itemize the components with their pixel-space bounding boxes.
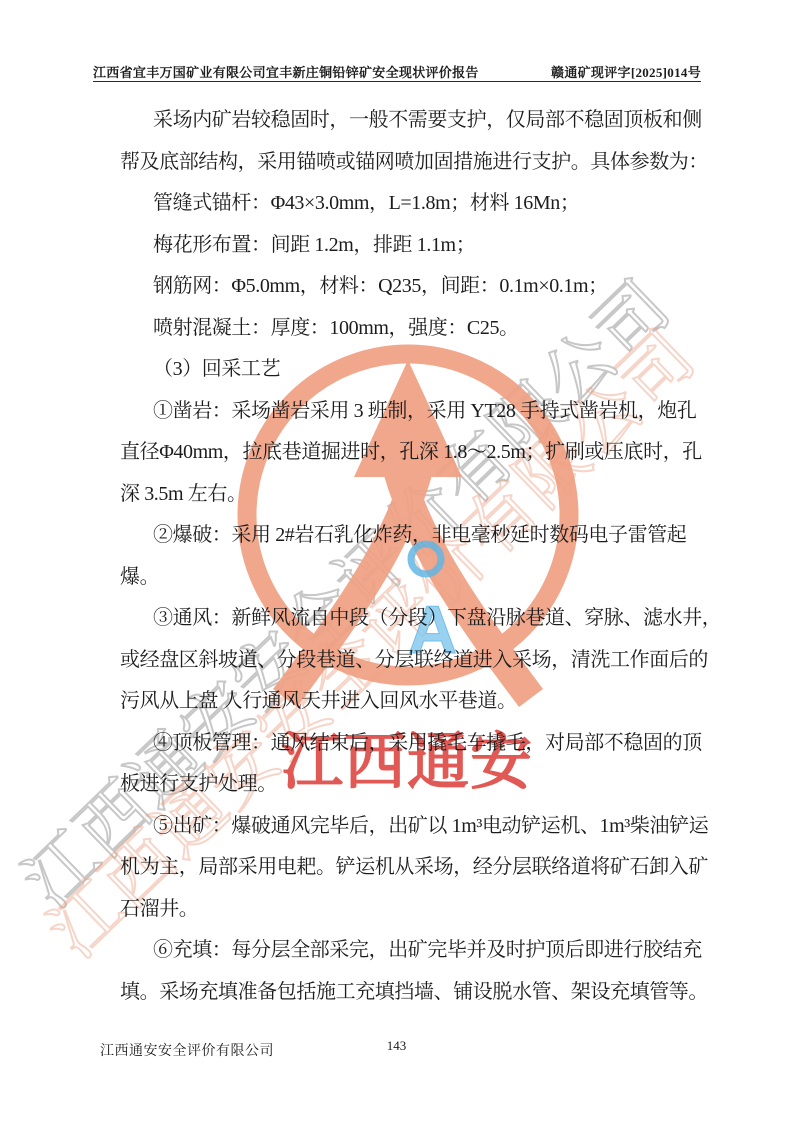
header-doc-number: 赣通矿现评字[2025]014号 [551,62,701,81]
body-line: ①凿岩：采场凿岩采用 3 班制，采用 YT28 手持式凿岩机，炮孔 [120,391,720,433]
body-line: 深 3.5m 左右。 [120,474,720,516]
body-text: 采场内矿岩较稳固时，一般不需要支护，仅局部不稳固顶板和侧帮及底部结构，采用锚喷或… [120,100,720,1013]
body-line: ④顶板管理：通风结束后，采用撬毛车撬毛，对局部不稳固的顶 [120,723,720,765]
document-page: 江西通安安全评价有限公司 江西通安安全评价有限公司 A 江西通安 江西省宜丰万国… [0,0,793,1122]
body-line: 管缝式锚杆：Φ43×3.0mm，L=1.8m；材料 16Mn； [120,183,720,225]
body-line: 填。采场充填准备包括施工充填挡墙、铺设脱水管、架设充填管等。 [120,972,720,1014]
body-line: 石溜井。 [120,889,720,931]
body-line: 直径Φ40mm，拉底巷道掘进时，孔深 1.8～2.5m；扩刷或压底时，孔 [120,432,720,474]
body-line: ⑥充填：每分层全部采完，出矿完毕并及时护顶后即进行胶结充 [120,930,720,972]
header-rule [93,81,701,82]
body-line: 喷射混凝土：厚度：100mm，强度：C25。 [120,308,720,350]
body-line: ⑤出矿：爆破通风完毕后，出矿以 1m³电动铲运机、1m³柴油铲运 [120,806,720,848]
body-line: 钢筋网：Φ5.0mm，材料：Q235，间距：0.1m×0.1m； [120,266,720,308]
body-line: 污风从上盘 人行通风天井进入回风水平巷道。 [120,681,720,723]
body-line: 梅花形布置：间距 1.2m，排距 1.1m； [120,225,720,267]
body-line: 帮及底部结构，采用锚喷或锚网喷加固措施进行支护。具体参数为： [120,142,720,184]
body-line: ②爆破：采用 2#岩石乳化炸药，非电毫秒延时数码电子雷管起 [120,515,720,557]
body-line: 板进行支护处理。 [120,764,720,806]
body-line: （3）回采工艺 [120,349,720,391]
page-header: 江西省宜丰万国矿业有限公司宜丰新庄铜铅锌矿安全现状评价报告 赣通矿现评字[202… [93,57,701,81]
body-line: 机为主，局部采用电耙。铲运机从采场，经分层联络道将矿石卸入矿 [120,847,720,889]
footer-page-number: 143 [0,1038,793,1054]
header-report-title: 江西省宜丰万国矿业有限公司宜丰新庄铜铅锌矿安全现状评价报告 [93,62,479,81]
body-line: 或经盘区斜坡道、分段巷道、分层联络道进入采场，清洗工作面后的 [120,640,720,682]
body-line: ③通风：新鲜风流自中段（分段）下盘沿脉巷道、穿脉、滤水井， [120,598,720,640]
body-line: 爆。 [120,557,720,599]
body-line: 采场内矿岩较稳固时，一般不需要支护，仅局部不稳固顶板和侧 [120,100,720,142]
